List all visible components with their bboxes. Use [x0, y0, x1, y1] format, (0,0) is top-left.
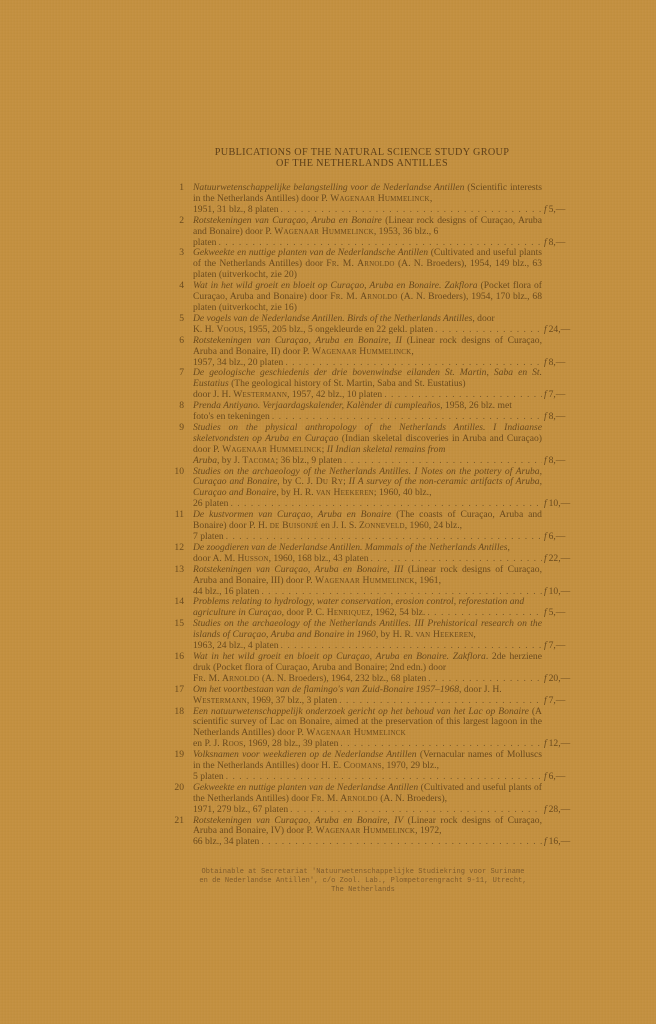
- entry-description: Wat in het wild groeit en bloeit op Cura…: [193, 652, 542, 674]
- entry-number: 3: [168, 248, 184, 259]
- entry-number: 10: [168, 467, 184, 478]
- entry-last-line: 66 blz., 34 platenf 16,—: [193, 837, 542, 848]
- publication-entry: 17Om het voortbestaan van de flamingo's …: [168, 685, 542, 707]
- entry-price: f 5,—: [544, 608, 580, 619]
- entry-description: Studies on the physical anthropology of …: [193, 423, 542, 456]
- publication-entry: 4Wat in het wild groeit en bloeit op Cur…: [168, 281, 542, 314]
- entry-number: 15: [168, 619, 184, 630]
- entry-description: Studies on the archaeology of the Nether…: [193, 467, 542, 500]
- title-line-2: OF THE NETHERLANDS ANTILLES: [182, 158, 542, 169]
- publication-entry: 18Een natuurwetenschappelijk onderzoek g…: [168, 707, 542, 751]
- entry-description: Gekweekte en nuttige planten van de Nede…: [193, 248, 542, 281]
- publication-entry: 2Rotstekeningen van Curaçao, Aruba en Bo…: [168, 216, 542, 249]
- entry-number: 16: [168, 652, 184, 663]
- entry-number: 5: [168, 314, 184, 325]
- entry-description: Rotstekeningen van Curaçao, Aruba en Bon…: [193, 216, 542, 238]
- footer-line-3: The Netherlands: [178, 886, 548, 895]
- entry-number: 8: [168, 401, 184, 412]
- publication-entry: 12De zoogdieren van de Nederlandse Antil…: [168, 543, 542, 565]
- publication-list-page: PUBLICATIONS OF THE NATURAL SCIENCE STUD…: [168, 147, 542, 848]
- entry-number: 13: [168, 565, 184, 576]
- entry-number: 6: [168, 336, 184, 347]
- entry-description: De geologische geschiedenis der drie bov…: [193, 368, 542, 390]
- entry-price: f 20,—: [544, 674, 580, 685]
- entry-price: f 12,—: [544, 739, 580, 750]
- entry-price: f 8,—: [544, 456, 580, 467]
- entry-price: f 22,—: [544, 554, 580, 565]
- dot-leader: [261, 837, 542, 848]
- entry-price: f 24,—: [544, 325, 580, 336]
- entry-description: Volksnamen voor weekdieren op de Nederla…: [193, 750, 542, 772]
- publication-entry: 14Problems relating to hydrology, water …: [168, 597, 542, 619]
- publication-entry: 8Prenda Antiyano. Verjaardagskalender, K…: [168, 401, 542, 423]
- title-line-1: PUBLICATIONS OF THE NATURAL SCIENCE STUD…: [182, 147, 542, 158]
- entry-price: f 6,—: [544, 532, 580, 543]
- publication-entry: 3Gekweekte en nuttige planten van de Ned…: [168, 248, 542, 281]
- publication-entry: 13Rotstekeningen van Curaçao, Aruba en B…: [168, 565, 542, 598]
- entry-number: 18: [168, 707, 184, 718]
- entry-description: Natuurwetenschappelijke belangstelling v…: [193, 183, 542, 205]
- entry-description: Studies on the archaeology of the Nether…: [193, 619, 542, 641]
- entry-number: 1: [168, 183, 184, 194]
- entry-price: f 7,—: [544, 641, 580, 652]
- entry-price: f 28,—: [544, 805, 580, 816]
- entry-number: 21: [168, 816, 184, 827]
- entry-price: f 8,—: [544, 358, 580, 369]
- entry-description: Een natuurwetenschappelijk onderzoek ger…: [193, 707, 542, 740]
- entry-price: f 8,—: [544, 238, 580, 249]
- publication-entry: 15Studies on the archaeology of the Neth…: [168, 619, 542, 652]
- entry-number: 4: [168, 281, 184, 292]
- publication-entry: 19Volksnamen voor weekdieren op de Neder…: [168, 750, 542, 783]
- footer-line-1: Obtainable at Secretariat 'Natuurwetensc…: [178, 868, 548, 877]
- publication-entry: 11De kustvormen van Curaçao, Aruba en Bo…: [168, 510, 542, 543]
- publication-entry: 21Rotstekeningen van Curaçao, Aruba en B…: [168, 816, 542, 849]
- publication-entry: 7De geologische geschiedenis der drie bo…: [168, 368, 542, 401]
- entry-number: 11: [168, 510, 184, 521]
- entry-number: 19: [168, 750, 184, 761]
- entry-price: f 6,—: [544, 772, 580, 783]
- footer-line-2: en de Nederlandse Antillen', c/o Zool. L…: [178, 877, 548, 886]
- entry-number: 20: [168, 783, 184, 794]
- publication-entry: 20Gekweekte en nuttige planten van de Ne…: [168, 783, 542, 816]
- entry-price: f 5,—: [544, 205, 580, 216]
- footer-note: Obtainable at Secretariat 'Natuurwetensc…: [178, 868, 548, 895]
- publication-entry: 5De vogels van de Nederlandse Antillen. …: [168, 314, 542, 336]
- entry-price: f 16,—: [544, 837, 580, 848]
- entry-price: f 10,—: [544, 587, 580, 598]
- publication-list: 1Natuurwetenschappelijke belangstelling …: [168, 183, 542, 848]
- publication-entry: 6Rotstekeningen van Curaçao, Aruba en Bo…: [168, 336, 542, 369]
- page-title: PUBLICATIONS OF THE NATURAL SCIENCE STUD…: [182, 147, 542, 169]
- entry-number: 9: [168, 423, 184, 434]
- publication-entry: 9Studies on the physical anthropology of…: [168, 423, 542, 467]
- entry-description: Wat in het wild groeit en bloeit op Cura…: [193, 281, 542, 314]
- entry-description: Rotstekeningen van Curaçao, Aruba en Bon…: [193, 565, 542, 587]
- entry-description: Rotstekeningen van Curaçao, Aruba en Bon…: [193, 336, 542, 358]
- entry-number: 12: [168, 543, 184, 554]
- entry-price: f 7,—: [544, 696, 580, 707]
- publication-entry: 10Studies on the archaeology of the Neth…: [168, 467, 542, 511]
- entry-number: 7: [168, 368, 184, 379]
- entry-price: f 7,—: [544, 390, 580, 401]
- entry-price: f 10,—: [544, 499, 580, 510]
- entry-number: 17: [168, 685, 184, 696]
- entry-description: De kustvormen van Curaçao, Aruba en Bona…: [193, 510, 542, 532]
- publication-entry: 16Wat in het wild groeit en bloeit op Cu…: [168, 652, 542, 685]
- publication-entry: 1Natuurwetenschappelijke belangstelling …: [168, 183, 542, 216]
- entry-number: 2: [168, 216, 184, 227]
- entry-description: Rotstekeningen van Curaçao, Aruba en Bon…: [193, 816, 542, 838]
- entry-description: Gekweekte en nuttige planten van de Nede…: [193, 783, 542, 805]
- entry-number: 14: [168, 597, 184, 608]
- entry-price: f 8,—: [544, 412, 580, 423]
